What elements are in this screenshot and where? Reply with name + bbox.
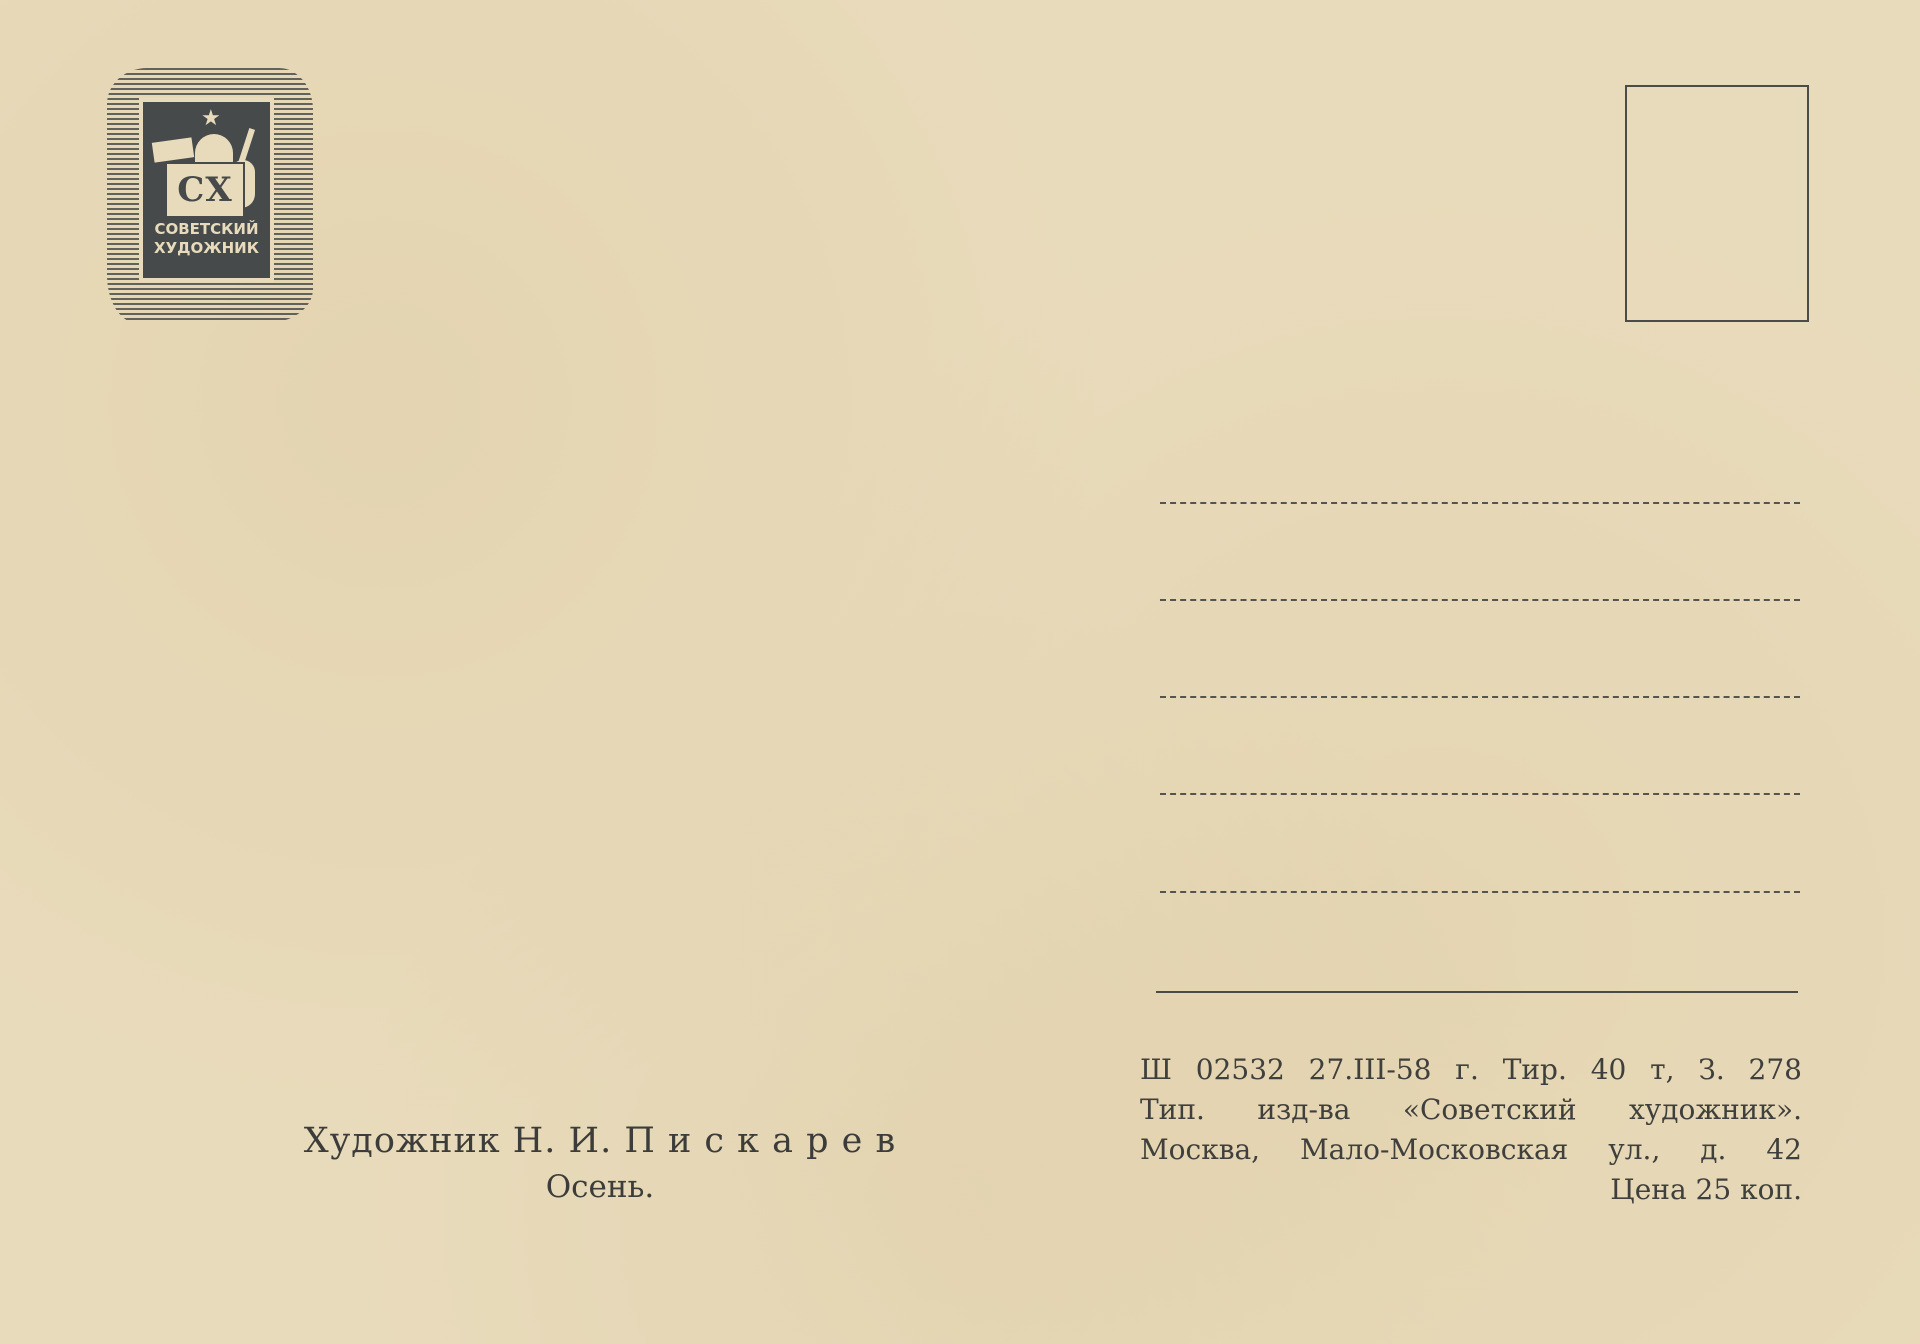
- address-line-3: [1160, 696, 1800, 698]
- artwork-title: Осень.: [280, 1164, 920, 1210]
- imprint-block: Ш 02532 27.III-58 г. Тир. 40 т, З. 278 Т…: [1140, 1050, 1802, 1210]
- logo-caption: СОВЕТСКИЙ ХУДОЖНИК: [143, 220, 270, 258]
- logo-line-2: ХУДОЖНИК: [143, 239, 270, 258]
- star-icon: ★: [201, 108, 221, 130]
- imprint-price: Цена 25 коп.: [1140, 1170, 1802, 1210]
- artwork-caption: Художник Н. И. П и с к а р е в Осень.: [280, 1118, 920, 1210]
- address-line-1: [1160, 502, 1800, 504]
- imprint-line-3: Москва, Мало-Московская ул., д. 42: [1140, 1130, 1802, 1170]
- logo-monogram: СХ: [177, 170, 232, 210]
- artist-name: Художник Н. И. П и с к а р е в: [280, 1118, 920, 1164]
- logo-panel: ★ СХ СОВЕТСКИЙ ХУДОЖНИК: [143, 102, 270, 278]
- imprint-line-1: Ш 02532 27.III-58 г. Тир. 40 т, З. 278: [1140, 1050, 1802, 1090]
- folder-icon: [152, 137, 194, 162]
- open-book-icon: СХ: [165, 162, 245, 218]
- address-line-4: [1160, 793, 1800, 795]
- address-line-2: [1160, 599, 1800, 601]
- publisher-logo: ★ СХ СОВЕТСКИЙ ХУДОЖНИК: [107, 68, 313, 323]
- address-line-solid: [1156, 991, 1798, 993]
- imprint-line-2: Тип. изд-ва «Советский художник».: [1140, 1090, 1802, 1130]
- logo-line-1: СОВЕТСКИЙ: [143, 220, 270, 239]
- address-line-5: [1160, 891, 1800, 893]
- logo-frame: ★ СХ СОВЕТСКИЙ ХУДОЖНИК: [139, 98, 274, 282]
- stamp-box: [1625, 85, 1809, 322]
